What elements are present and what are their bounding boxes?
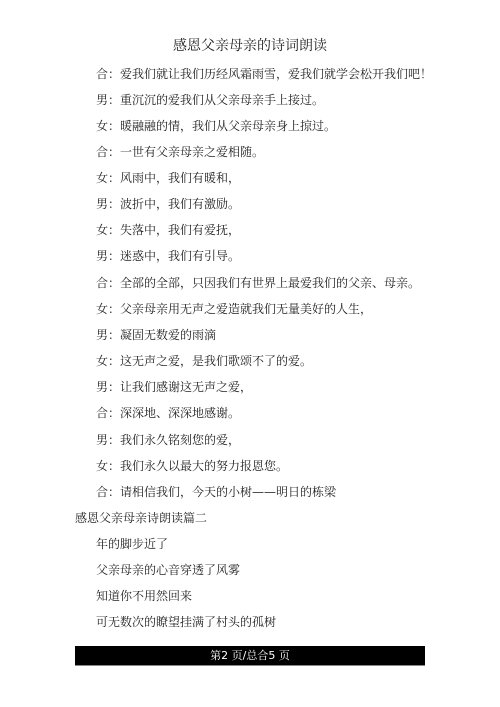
poem-line: 男：迷惑中，我们有引导。 [96,248,240,264]
poem-line: 男：重沉沉的爱我们从父亲母亲手上接过。 [96,92,324,108]
poem-line: 女：这无声之爱，是我们歌颂不了的爱。 [96,353,312,369]
poem-line: 知道你不用然回来 [96,588,192,604]
poem-line: 年的脚步近了 [96,536,168,552]
poem-line: 父亲母亲的心音穿透了风雾 [96,562,240,578]
poem-line: 男：波折中，我们有激励。 [96,196,240,212]
poem-line: 合：深深地、深深地感谢。 [96,405,240,421]
page-indicator: 第2 页/总合5 页 [210,649,290,662]
poem-line: 可无数次的瞭望挂满了村头的孤树 [96,614,276,630]
poem-line: 女：失落中，我们有爱抚， [96,222,240,238]
section-heading: 感恩父亲母亲诗朗读篇二 [75,510,207,526]
poem-line: 女：暖融融的情，我们从父亲母亲身上掠过。 [96,118,336,134]
document-title: 感恩父亲母亲的诗词朗读 [0,36,500,56]
poem-line: 女：我们永久以最大的努力报恩您。 [96,458,288,474]
poem-line: 女：风雨中，我们有暖和， [96,170,240,186]
poem-line: 男：我们永久铭刻您的爱， [96,432,240,448]
poem-line: 合：请相信我们，今天的小树——明日的栋梁 [96,484,336,500]
poem-line: 男：让我们感谢这无声之爱， [96,379,252,395]
document-page: 感恩父亲母亲的诗词朗读 合：爱我们就让我们历经风霜雨雪，爱我们就学会松开我们吧！… [0,0,500,707]
poem-line: 合：爱我们就让我们历经风霜雨雪，爱我们就学会松开我们吧！ [96,66,432,82]
poem-line: 女：父亲母亲用无声之爱造就我们无量美好的人生， [96,301,372,317]
page-footer: 第2 页/总合5 页 [75,646,425,666]
poem-line: 合：一世有父亲母亲之爱相随。 [96,144,264,160]
poem-line: 合：全部的全部，只因我们有世界上最爱我们的父亲、母亲。 [96,275,420,291]
poem-line: 男：凝固无数爱的雨滴 [96,327,216,343]
